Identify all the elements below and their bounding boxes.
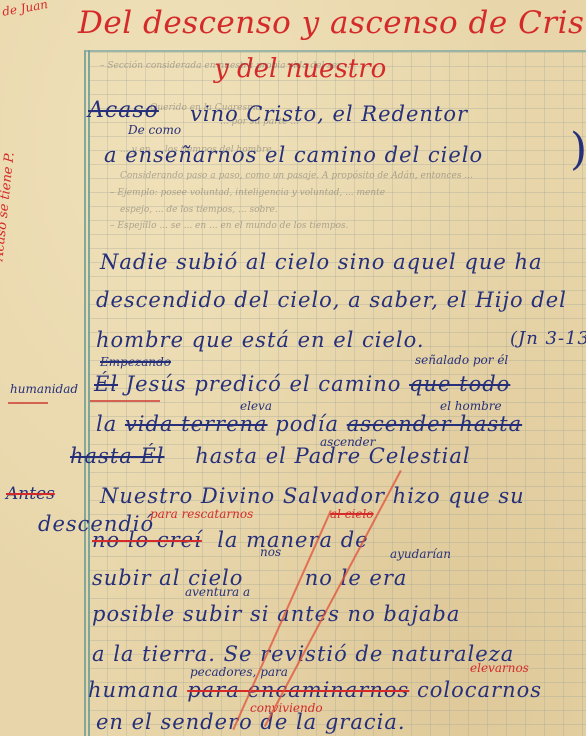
bracket-mark: ) [570,128,586,172]
text-line: en el sendero de la gracia. [96,712,406,733]
insertion: aventura a [185,586,250,598]
text-line: posible subir si antes no bajaba [92,604,460,625]
margin-line [84,50,86,736]
text-line: no lo creí la manera de [92,530,369,551]
pencil-note: – Espejillo ... se ... en ... en el mund… [110,222,348,231]
pencil-note: espejo, ... de los tiempos, ... sobre. [120,206,278,215]
page-title: Del descenso y ascenso de Cristo [78,8,586,39]
text-line: descendido del cielo, a saber, el Hijo d… [96,290,567,311]
left-margin-red-note: Acaso se tiene P. [0,152,17,262]
top-rule-line [86,50,586,52]
text-line: Nuestro Divino Salvador hizo que su [100,486,525,507]
red-insertion: elevarnos [470,662,529,674]
text-line: humana para encaminarnos colocarnos [88,680,542,701]
text-line: la vida terrena podía ascender hasta [96,414,522,435]
text-line: hombre que está en el cielo. [96,330,425,351]
pencil-note: Considerando paso a paso, como un pasaje… [120,172,473,181]
left-margin-note-struck: Antes [6,486,55,503]
text-line: Nadie subió al cielo sino aquel que ha [100,252,543,273]
red-insertion: para rescatarnos [150,508,253,520]
corner-note: de Juan [1,0,48,18]
insertion: Empezando [100,356,171,368]
insertion: el hombre [440,400,502,412]
insertion: ayudarían [390,548,451,560]
pencil-note: – Ejemplo: posee voluntad, inteligencia … [110,189,385,198]
margin-line [88,50,90,736]
insertion: nos [260,546,281,558]
text-line: Él Jesús predicó el camino que todo [94,374,510,395]
pencil-note: – Sección considerada en nuestra propia … [100,62,353,71]
left-margin-note: humanidad [10,383,78,395]
scripture-reference: (Jn 3-13 [510,330,586,348]
text-line: vino Cristo, el Redentor [190,104,468,125]
struck-word: Acaso [88,100,159,122]
insertion: señalado por él [415,354,508,366]
insertion: De como [128,124,181,136]
text-line: hasta Él hasta el Padre Celestial [70,446,471,467]
red-margin-mark [90,400,160,402]
red-insertion-struck: al cielo [330,508,374,520]
insertion: eleva [240,400,272,412]
insertion: pecadores, para [190,666,288,678]
text-line: a enseñarnos el camino del cielo [104,145,483,166]
manuscript-page: de Juan Acaso se tiene P. humanidad Ante… [0,0,586,736]
red-margin-mark [8,402,48,404]
